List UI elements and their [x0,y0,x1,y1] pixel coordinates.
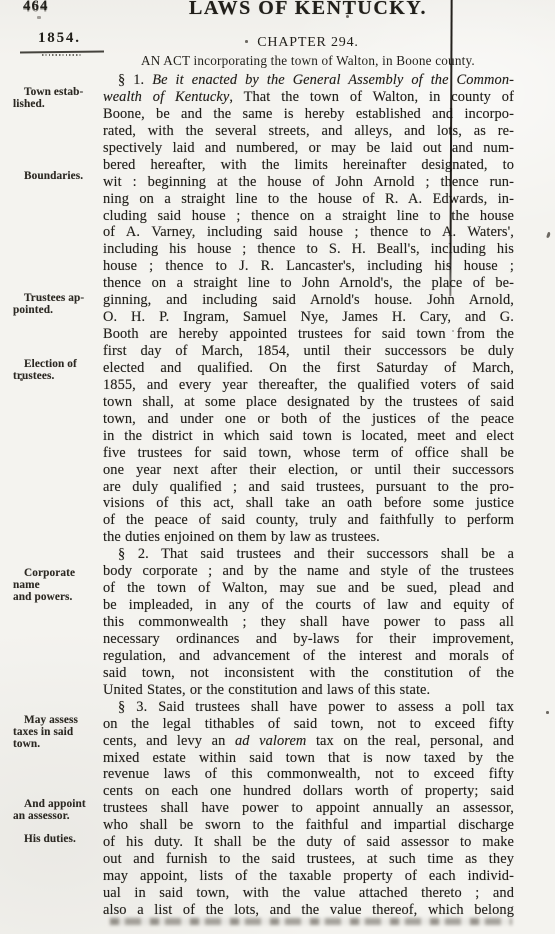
body-text-line: regulation, and advancement of the inter… [103,648,514,665]
body-text-line: necessary ordinances and by-laws for the… [103,631,514,648]
body-text-line: § 1. Be it enacted by the General Assemb… [103,72,514,89]
act-body-text: § 1. Be it enacted by the General Assemb… [103,72,514,919]
scan-speck [245,40,248,43]
text-segment: first day of March, 1854, until their su… [103,343,514,359]
text-segment: also a list of the lots, and the value t… [103,902,514,918]
text-segment: O. H. P. Ingram, Samuel Nye, James H. Ca… [103,309,514,325]
text-segment: ginning, and including said Arnold's hou… [103,292,514,308]
margin-note-line: town. [13,738,103,750]
body-text-line: one year next after their election, or u… [103,462,514,479]
text-segment: regulation, and advancement of the inter… [103,648,514,664]
text-segment: town shall, at some place designated by … [103,394,514,410]
margin-note-line: Trustees ap- [13,292,103,304]
body-text-line: of A. Varney, including said house ; the… [103,224,514,241]
text-segment: Be it enacted by the General Assembly of… [152,72,514,88]
text-segment: ning on a straight line to the house of … [103,191,514,207]
text-segment: may appoint, lists of the taxable proper… [103,868,514,884]
body-text-line: of his duty. It shall be the duty of sai… [103,834,514,851]
margin-note-line: taxes in said [13,726,103,738]
body-text-line: said town, not inconsistent with the con… [103,665,514,682]
text-segment: visions of this act, shall take an oath … [103,495,514,511]
margin-note-line: an assessor. [13,810,103,822]
body-text-line: Booth are hereby appointed trustees for … [103,326,514,343]
body-text-line: ginning, and including said Arnold's hou… [103,292,514,309]
scan-speck [20,378,23,381]
body-text-line: out and furnish to the said trustees, at… [103,851,514,868]
margin-note-line: And appoint [13,798,103,810]
text-segment: cents on each one hundred dollars worth … [103,783,514,799]
text-segment: ual in said town, with the value attache… [103,885,514,901]
margin-note-line: Corporate name [13,567,103,591]
scan-speck [452,330,454,332]
body-text-line: on the legal tithables of said town, not… [103,716,514,733]
body-text-line: wit : beginning at the house of John Arn… [103,174,514,191]
text-segment: of the town of Walton, may sue and be su… [103,580,514,596]
text-segment: this commonwealth ; they shall have powe… [103,614,514,630]
text-segment: out and furnish to the said trustees, at… [103,851,514,867]
margin-note: Boundaries. [13,170,103,182]
text-segment: bered hereafter, with the limits hereina… [103,157,514,173]
body-text-line: may appoint, lists of the taxable proper… [103,868,514,885]
body-text-line: five trustees for said town, whose term … [103,445,514,462]
body-text-line: who shall be sworn to the faithful and i… [103,817,514,834]
text-segment: be impleaded, in any of the courts of la… [103,597,514,613]
body-text-line: cents on each one hundred dollars worth … [103,783,514,800]
text-segment: of his duty. It shall be the duty of sai… [103,834,514,850]
text-segment: of A. Varney, including said house ; the… [103,224,514,240]
body-text-line: house ; thence to J. R. Lancaster's, inc… [103,258,514,275]
body-text-line: of the town of Walton, may sue and be su… [103,580,514,597]
text-segment: on the legal tithables of said town, not… [103,716,514,732]
text-segment: who shall be sworn to the faithful and i… [103,817,514,833]
text-segment: 1855, and every year thereafter, the qua… [103,377,514,393]
body-text-line: in the district in which said town is lo… [103,428,514,445]
text-segment: town, and under one or both of the justi… [103,411,514,427]
body-text-line: trustees shall have power to appoint ann… [103,800,514,817]
text-segment: body corporate ; and by the name and sty… [103,563,514,579]
text-segment: necessary ordinances and by-laws for the… [103,631,514,647]
body-text-line: town shall, at some place designated by … [103,394,514,411]
cutoff-next-line-smudge [110,918,512,925]
body-text-line: ual in said town, with the value attache… [103,885,514,902]
body-text-line: visions of this act, shall take an oath … [103,495,514,512]
text-segment: § 1. [118,72,152,88]
body-text-line: first day of March, 1854, until their su… [103,343,514,360]
body-text-line: cents, and levy an ad valorem tax on the… [103,733,514,750]
body-text-line: the duties enjoined on them by law as tr… [103,529,514,546]
text-segment: , That the town of Walton, in county of [229,89,514,105]
body-text-line: cluding said house ; thence on a straigh… [103,208,514,225]
body-text-line: mixed estate within said town that is no… [103,750,514,767]
text-segment: trustees shall have power to appoint ann… [103,800,514,816]
body-text-line: are duly qualified ; and said trustees, … [103,479,514,496]
scan-speck [346,15,349,18]
text-segment: said town, not inconsistent with the con… [103,665,514,681]
scan-speck [546,232,551,239]
margin-note-line: May assess [13,714,103,726]
text-segment: the duties enjoined on them by law as tr… [103,529,380,545]
text-segment: Booth are hereby appointed trustees for … [103,326,514,342]
body-text-line: United States, or the constitution and l… [103,682,514,699]
body-text-line: town, and under one or both of the justi… [103,411,514,428]
body-text-line: including his house ; thence to S. H. Be… [103,241,514,258]
margin-note-line: lished. [13,98,103,110]
margin-note: His duties. [13,833,103,845]
text-segment: in the district in which said town is lo… [103,428,514,444]
text-segment: Boone, be and the same is hereby establi… [103,106,514,122]
body-text-line: O. H. P. Ingram, Samuel Nye, James H. Ca… [103,309,514,326]
text-segment: cluding said house ; thence on a straigh… [103,208,514,224]
text-segment: cents, and levy an [103,733,235,749]
margin-note-line: pointed. [13,304,103,316]
text-segment: wealth of Kentucky [103,89,229,105]
margin-note: Town estab-lished. [13,86,103,110]
text-segment: including his house ; thence to S. H. Be… [103,241,514,257]
margin-notes-column: Town estab-lished.Boundaries.Trustees ap… [0,0,101,934]
text-segment: revenue laws of this commonwealth, not t… [103,766,514,782]
margin-note-line: Election of [13,358,103,370]
body-text-line: body corporate ; and by the name and sty… [103,563,514,580]
text-segment: five trustees for said town, whose term … [103,445,514,461]
text-segment: of the peace of said county, truly and f… [103,512,514,528]
margin-note: Corporate nameand powers. [13,567,103,604]
body-text-line: § 3. Said trustees shall have power to a… [103,699,514,716]
body-text-line: bered hereafter, with the limits hereina… [103,157,514,174]
text-segment: mixed estate within said town that is no… [103,750,514,766]
body-text-line: 1855, and every year thereafter, the qua… [103,377,514,394]
text-segment: thence on a straight line to John Arnold… [103,275,514,291]
body-text-line: ning on a straight line to the house of … [103,191,514,208]
body-text-line: rated, with the several streets, and all… [103,123,514,140]
text-segment: are duly qualified ; and said trustees, … [103,479,514,495]
body-text-line: thence on a straight line to John Arnold… [103,275,514,292]
body-text-line: spectively laid and numbered, or may be … [103,140,514,157]
text-segment: tax on the real, personal, and [306,733,514,749]
text-segment: United States, or the constitution and l… [103,682,430,698]
body-text-line: this commonwealth ; they shall have powe… [103,614,514,631]
body-text-line: of the peace of said county, truly and f… [103,512,514,529]
text-segment: wit : beginning at the house of John Arn… [103,174,514,190]
text-segment: § 3. Said trustees shall have power to a… [118,699,514,715]
text-segment: spectively laid and numbered, or may be … [103,140,514,156]
scanned-book-page: 464 LAWS OF KENTUCKY. 1854. CHAPTER 294.… [0,0,555,934]
text-segment: one year next after their election, or u… [103,462,514,478]
margin-note-line: His duties. [13,833,103,845]
margin-note: Election oftrustees. [13,358,103,382]
body-text-line: Boone, be and the same is hereby establi… [103,106,514,123]
body-text-line: revenue laws of this commonwealth, not t… [103,766,514,783]
scan-speck [37,16,41,19]
margin-note: Trustees ap-pointed. [13,292,103,316]
text-segment: house ; thence to J. R. Lancaster's, inc… [103,258,514,274]
scan-speck [546,711,549,714]
body-text-line: elected and qualified. On the first Satu… [103,360,514,377]
text-segment: rated, with the several streets, and all… [103,123,514,139]
body-text-line: wealth of Kentucky, That the town of Wal… [103,89,514,106]
body-text-line: also a list of the lots, and the value t… [103,902,514,919]
body-text-line: § 2. That said trustees and their succes… [103,546,514,563]
body-text-line: be impleaded, in any of the courts of la… [103,597,514,614]
text-segment: elected and qualified. On the first Satu… [103,360,514,376]
margin-note: May assesstaxes in saidtown. [13,714,103,751]
text-segment: § 2. That said trustees and their succes… [118,546,514,562]
margin-note-line: Boundaries. [13,170,103,182]
margin-note-line: and powers. [13,591,103,603]
text-segment: ad valorem [235,733,306,749]
margin-note-line: Town estab- [13,86,103,98]
margin-note: And appointan assessor. [13,798,103,822]
margin-note-line: trustees. [13,370,103,382]
act-title: AN ACT incorporating the town of Walton,… [88,53,528,69]
